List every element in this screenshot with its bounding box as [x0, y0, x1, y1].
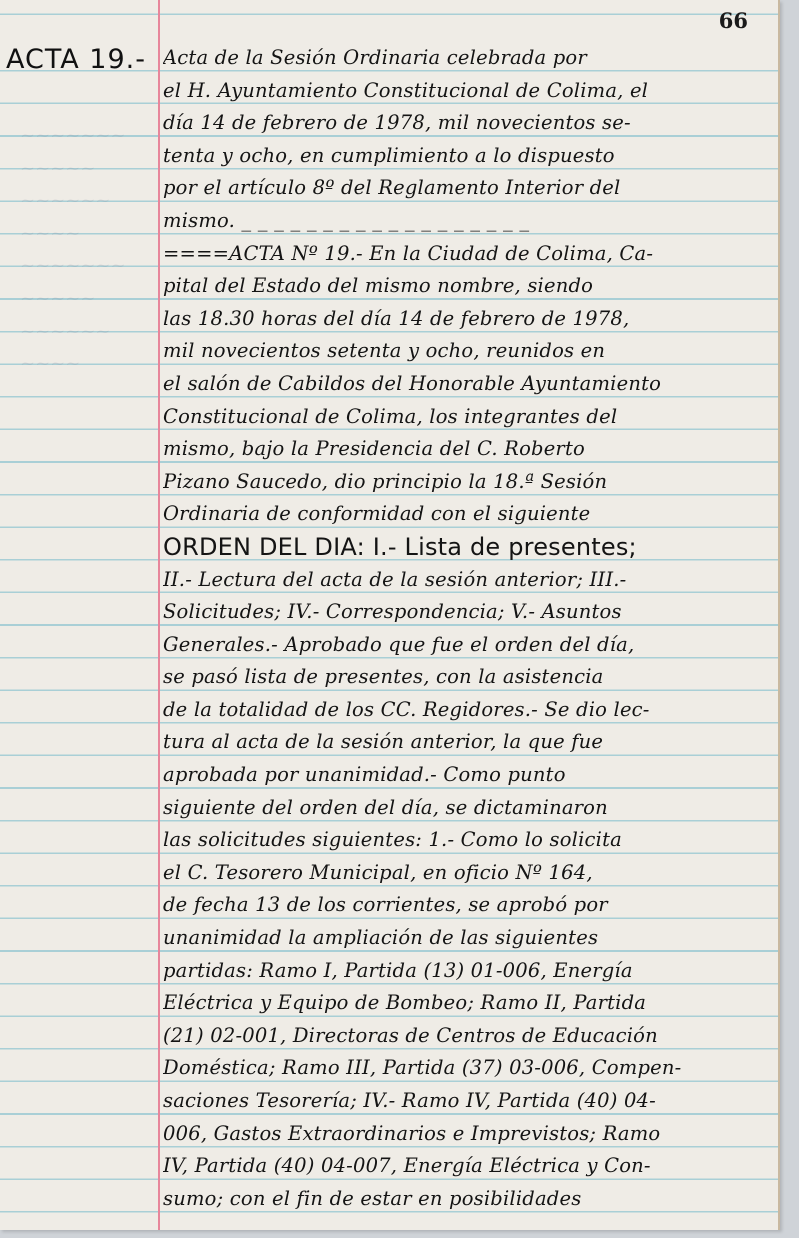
text-line: IV, Partida (40) 04-007, Energía Eléctri…: [163, 1150, 775, 1183]
text-line: siguiente del orden del día, se dictamin…: [163, 792, 775, 825]
text-line: mil novecientos setenta y ocho, reunidos…: [163, 335, 775, 368]
text-line: el C. Tesorero Municipal, en oficio Nº 1…: [163, 857, 775, 890]
text-line: unanimidad la ampliación de las siguient…: [163, 922, 775, 955]
page-number: 66: [719, 8, 748, 33]
text-line: aprobada por unanimidad.- Como punto: [163, 759, 775, 792]
red-margin-line: [158, 0, 160, 1230]
text-line: Pizano Saucedo, dio principio la 18.ª Se…: [163, 466, 775, 499]
text-line: de fecha 13 de los corrientes, se aprobó…: [163, 889, 775, 922]
text-line: sumo; con el fin de estar en posibilidad…: [163, 1183, 775, 1216]
text-line: el H. Ayuntamiento Constitucional de Col…: [163, 75, 775, 108]
text-line: ====ACTA Nº 19.- En la Ciudad de Colima,…: [163, 238, 775, 271]
text-line: 006, Gastos Extraordinarios e Imprevisto…: [163, 1118, 775, 1151]
text-line: tenta y ocho, en cumplimiento a lo dispu…: [163, 140, 775, 173]
text-line: se pasó lista de presentes, con la asist…: [163, 661, 775, 694]
text-line: (21) 02-001, Directoras de Centros de Ed…: [163, 1020, 775, 1053]
text-line: de la totalidad de los CC. Regidores.- S…: [163, 694, 775, 727]
bleed-through-text: ~~~~~~~~~~~~~~~~~~~~~~~~~~~~~~~~~~~~~~~~…: [20, 120, 150, 381]
text-line: mismo. _ _ _ _ _ _ _ _ _ _ _ _ _ _ _ _ _…: [163, 205, 775, 238]
text-line: Ordinaria de conformidad con el siguient…: [163, 498, 775, 531]
text-line: Constitucional de Colima, los integrante…: [163, 401, 775, 434]
margin-heading: ACTA 19.-: [6, 44, 146, 75]
text-line: saciones Tesorería; IV.- Ramo IV, Partid…: [163, 1085, 775, 1118]
text-line: partidas: Ramo I, Partida (13) 01-006, E…: [163, 955, 775, 988]
notebook-page: ~~~~~~~~~~~~~~~~~~~~~~~~~~~~~~~~~~~~~~~~…: [0, 0, 780, 1230]
text-line: Eléctrica y Equipo de Bombeo; Ramo II, P…: [163, 987, 775, 1020]
text-line: las 18.30 horas del día 14 de febrero de…: [163, 303, 775, 336]
text-line: Generales.- Aprobado que fue el orden de…: [163, 629, 775, 662]
text-line: por el artículo 8º del Reglamento Interi…: [163, 172, 775, 205]
text-line: mismo, bajo la Presidencia del C. Robert…: [163, 433, 775, 466]
text-line: pital del Estado del mismo nombre, siend…: [163, 270, 775, 303]
text-line: el salón de Cabildos del Honorable Ayunt…: [163, 368, 775, 401]
text-line: II.- Lectura del acta de la sesión anter…: [163, 564, 775, 597]
text-line: las solicitudes siguientes: 1.- Como lo …: [163, 824, 775, 857]
text-line: tura al acta de la sesión anterior, la q…: [163, 726, 775, 759]
text-line: Solicitudes; IV.- Correspondencia; V.- A…: [163, 596, 775, 629]
text-line: Doméstica; Ramo III, Partida (37) 03-006…: [163, 1052, 775, 1085]
handwritten-body: Acta de la Sesión Ordinaria celebrada po…: [163, 42, 775, 1215]
text-line: Acta de la Sesión Ordinaria celebrada po…: [163, 42, 775, 75]
orden-del-dia-line: ORDEN DEL DIA: I.- Lista de presentes;: [163, 531, 775, 564]
text-line: día 14 de febrero de 1978, mil novecient…: [163, 107, 775, 140]
